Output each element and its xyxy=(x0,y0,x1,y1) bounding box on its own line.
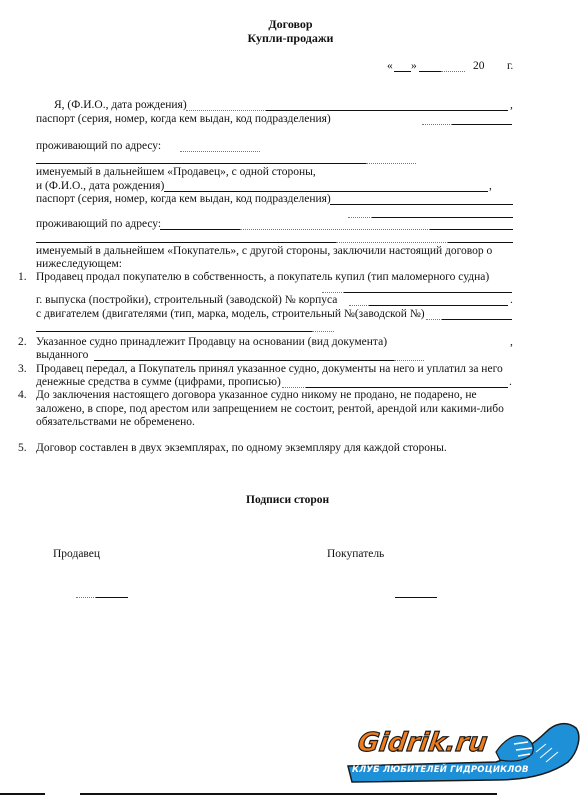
seller-address-field-dots xyxy=(366,163,416,164)
year-suffix: г. xyxy=(507,60,513,73)
seller-fio-dots xyxy=(186,110,266,111)
dots xyxy=(394,360,424,361)
issued-by-field[interactable] xyxy=(94,360,394,361)
clause-text: Продавец продал покупателю в собственнос… xyxy=(36,271,489,284)
buyer-signature-field[interactable] xyxy=(395,597,437,598)
clause-number: 4. xyxy=(18,389,27,402)
clause-text: Договор составлен в двух экземплярах, по… xyxy=(36,442,447,455)
comma: , xyxy=(510,99,513,112)
clause-text: До заключения настоящего договора указан… xyxy=(36,389,477,402)
clause-text: с двигателем (двигателями (тип, марка, м… xyxy=(36,308,425,321)
date-close-quote: » xyxy=(411,60,417,73)
clause-text: обязательствами не обременено. xyxy=(36,416,195,429)
month-field[interactable] xyxy=(419,71,441,72)
gidrik-logo: Gidrik.ru КЛУБ ЛЮБИТЕЛЕЙ ГИДРОЦИКЛОВ xyxy=(346,722,581,784)
dots xyxy=(312,331,334,332)
dots xyxy=(426,319,442,320)
comma: , xyxy=(510,336,513,349)
seller-signature-field[interactable] xyxy=(96,597,128,598)
buyer-role-text-cont: нижеследующем: xyxy=(36,258,122,271)
clause-text: Продавец передал, а Покупатель принял ук… xyxy=(36,363,503,376)
clause-text: г. выпуска (постройки), строительный (за… xyxy=(36,294,337,307)
signatures-heading: Подписи сторон xyxy=(246,494,329,507)
buyer-address-field-end[interactable] xyxy=(430,229,513,230)
clause-text: Указанное судно принадлежит Продавцу на … xyxy=(36,336,387,349)
comma: , xyxy=(489,180,492,193)
period: . xyxy=(510,294,513,307)
seller-passport-field[interactable] xyxy=(452,124,512,125)
clause-number: 3. xyxy=(18,363,27,376)
seller-address-field[interactable] xyxy=(36,163,366,164)
buyer-passport-field-2[interactable] xyxy=(372,217,513,218)
logo-tagline: КЛУБ ЛЮБИТЕЛЕЙ ГИДРОЦИКЛОВ xyxy=(352,765,529,775)
buyer-passport-label: паспорт (серия, номер, когда кем выдан, … xyxy=(36,193,331,206)
seller-passport-dots xyxy=(422,124,452,125)
dots xyxy=(322,292,344,293)
buyer-address-field[interactable] xyxy=(160,229,240,230)
seller-passport-label: паспорт (серия, номер, когда кем выдан, … xyxy=(36,113,331,126)
date-open-quote: « xyxy=(387,60,393,73)
bottom-rule-left xyxy=(0,793,45,795)
buyer-address-dots xyxy=(240,229,430,230)
bottom-rule xyxy=(80,793,497,795)
hull-number-field[interactable] xyxy=(369,305,508,306)
clause-number: 2. xyxy=(18,336,27,349)
dots xyxy=(349,305,369,306)
year-prefix: 20 xyxy=(473,60,485,73)
seller-fio-field[interactable] xyxy=(266,110,508,111)
buyer-address-label: проживающий по адресу: xyxy=(36,218,161,231)
buyer-passport-dots xyxy=(348,217,372,218)
document-title: Договор xyxy=(0,18,581,31)
clause-number: 5. xyxy=(18,442,27,455)
seller-role-text: именуемый в дальнейшем «Продавец», с одн… xyxy=(36,166,316,179)
buyer-address-dots-2 xyxy=(336,242,448,243)
document-subtitle: Купли-продажи xyxy=(0,32,581,45)
clause-text: выданного xyxy=(36,349,88,362)
buyer-address-field-2-end[interactable] xyxy=(448,242,513,243)
clause-text: денежные средства в сумме (цифрами, проп… xyxy=(36,376,281,389)
buyer-role-text: именуемый в дальнейшем «Покупатель», с д… xyxy=(36,245,492,258)
buyer-signature-label: Покупатель xyxy=(327,548,384,561)
clause-number: 1. xyxy=(18,271,27,284)
amount-field[interactable] xyxy=(306,387,508,388)
engine-field[interactable] xyxy=(442,319,512,320)
clause-text: заложено, в споре, под арестом или запре… xyxy=(36,403,504,416)
vessel-type-field[interactable] xyxy=(344,292,512,293)
dots xyxy=(282,387,306,388)
seller-address-dots xyxy=(180,151,260,152)
seller-fio-label: Я, (Ф.И.О., дата рождения) xyxy=(54,99,187,112)
logo-brand: Gidrik.ru xyxy=(356,728,489,758)
seller-signature-label: Продавец xyxy=(53,548,100,561)
buyer-fio-label: и (Ф.И.О., дата рождения) xyxy=(36,180,164,193)
day-field[interactable] xyxy=(394,71,411,72)
period: . xyxy=(509,376,512,389)
month-field-dots xyxy=(441,71,465,72)
buyer-address-field-2[interactable] xyxy=(36,242,336,243)
buyer-passport-field[interactable] xyxy=(330,204,513,205)
seller-address-label: проживающий по адресу: xyxy=(36,140,161,153)
buyer-fio-field[interactable] xyxy=(164,191,488,192)
dots xyxy=(76,597,96,598)
engine-field-2[interactable] xyxy=(36,331,312,332)
